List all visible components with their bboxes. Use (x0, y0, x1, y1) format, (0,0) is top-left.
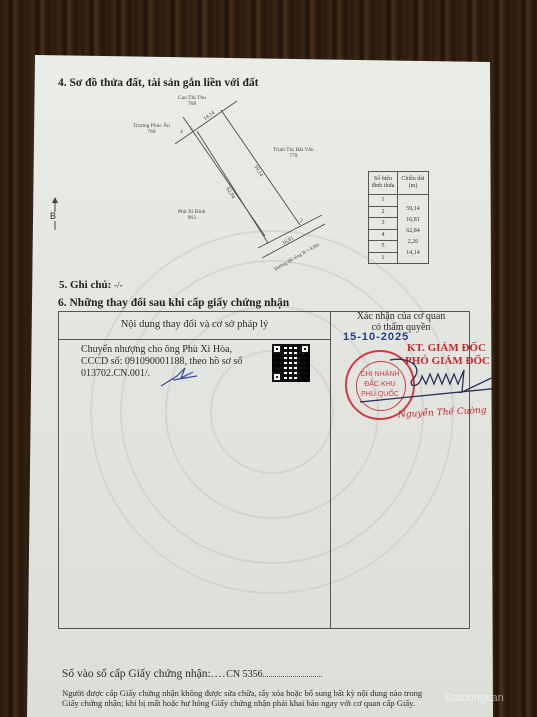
length-value: 62,84 (400, 226, 426, 237)
table-header: Số hiệu đỉnh thửa (369, 172, 398, 195)
point-cell: 1 (369, 252, 398, 264)
section5-title: 5. Ghi chú: (59, 279, 111, 291)
corner-label: 2 (300, 218, 303, 224)
point-cell: 1 (369, 195, 398, 207)
header-divider (59, 339, 330, 340)
section6-title: 6. Những thay đổi sau khi cấp giấy chứng… (58, 297, 289, 309)
neighbor-parcel: 963 (178, 215, 206, 221)
registry-line: Số vào sổ cấp Giấy chứng nhận:....CN 535… (62, 668, 323, 680)
change-entry-line: Chuyển nhượng cho ông Phù Xi Hòa, (81, 344, 242, 356)
length-value: 59,14 (400, 204, 426, 215)
registry-number: CN 5356 (226, 669, 262, 680)
table-header: Chiều dài (m) (398, 172, 429, 195)
registry-dots: .... (211, 668, 227, 680)
neighbor-north: Cao Thị Thu 768 (178, 95, 206, 107)
length-value: 16,81 (400, 215, 426, 226)
registry-dots: .............................. (263, 670, 323, 679)
point-cell: 5 (369, 241, 398, 253)
neighbor-east: Trịnh Thị Hải Yến 770 (273, 147, 314, 159)
registry-label: Số vào sổ cấp Giấy chứng nhận: (62, 668, 211, 680)
point-cell: 2 (369, 206, 398, 218)
vertex-length-table: Số hiệu đỉnh thửa Chiều dài (m) 1 59,14 … (368, 171, 429, 264)
neighbor-parcel: 770 (273, 153, 314, 159)
footer-note-line: Giấy chứng nhận; khi bị mất hoặc hư hỏng… (62, 698, 422, 708)
col2-header: Xác nhận của cơ quan có thẩm quyền (331, 311, 471, 333)
corner-label: 5 (190, 126, 193, 132)
parcel-sketch (0, 0, 537, 300)
north-arrow-label: B (50, 212, 56, 221)
neighbor-parcel: 768 (178, 101, 206, 107)
neighbor-parcel: 769 (133, 129, 170, 135)
column-divider (330, 312, 331, 628)
section5-value: -/- (114, 280, 123, 290)
footer-note: Người được cấp Giấy chứng nhận không đượ… (62, 688, 422, 708)
certificate-page: 4. Sơ đồ thửa đất, tài sản gắn liền với … (0, 0, 537, 717)
official-signature (350, 348, 510, 408)
site-watermark: Batdongsan (445, 692, 504, 704)
point-cell: 4 (369, 229, 398, 241)
footer-note-line: Người được cấp Giấy chứng nhận không đượ… (62, 688, 422, 698)
col2-header-line: Xác nhận của cơ quan (331, 311, 471, 322)
length-value: 2,26 (400, 237, 426, 248)
qr-code[interactable] (272, 344, 310, 382)
section5-note: 5. Ghi chú: -/- (59, 279, 123, 291)
col1-header: Nội dung thay đổi và cơ sở pháp lý (59, 319, 330, 330)
corner-label: 4 (180, 129, 183, 135)
watermark-brand: Batdongsan (445, 692, 504, 704)
lengths-cell: 59,14 16,81 62,84 2,26 14,14 (398, 195, 429, 264)
neighbor-southwest: Phù Xi Binh 963 (178, 209, 206, 221)
date-stamp: 15-10-2025 (343, 331, 409, 343)
point-cell: 3 (369, 218, 398, 230)
length-value: 14,14 (400, 248, 426, 259)
initials-signature (159, 364, 199, 388)
neighbor-west: Trương Phúc Ân 769 (133, 123, 170, 135)
